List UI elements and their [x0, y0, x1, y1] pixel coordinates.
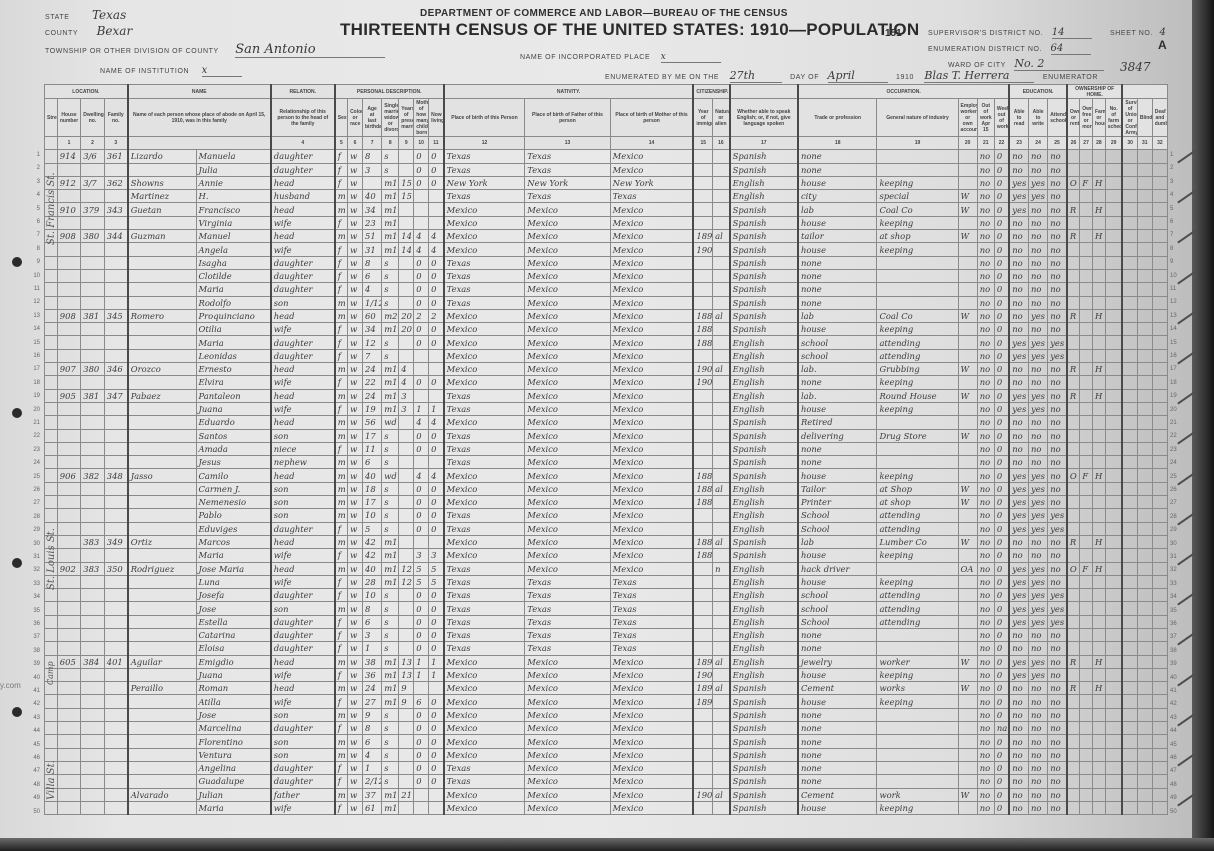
cell-trade: Tailor [798, 482, 877, 495]
row-number: 2 [26, 165, 40, 171]
cell-b [1137, 469, 1152, 482]
cell-sex: m [335, 230, 348, 243]
cell-street [45, 722, 58, 735]
cell-sex: f [335, 775, 348, 788]
col-owned-rented: Owned or rented [1067, 99, 1080, 137]
cell-rel: son [271, 708, 335, 721]
cell-street [45, 323, 58, 336]
cell-given: Clotilde [196, 269, 271, 282]
colnum: 28 [1092, 137, 1105, 150]
cell-mbp: Mexico [610, 682, 693, 695]
page-number: 151 [885, 28, 902, 39]
county-value: Bexar [97, 24, 133, 38]
table-row: 907380346OrozcoErnestoheadmw24m14MexicoM… [45, 363, 1168, 376]
cell-dwelling: 380 [81, 363, 104, 376]
cell-ms: m1 [382, 230, 399, 243]
cell-fs [1105, 562, 1122, 575]
cell-rel: wife [271, 549, 335, 562]
cell-rel: daughter [271, 522, 335, 535]
cell-sex: f [335, 722, 348, 735]
cell-house [57, 722, 80, 735]
cell-d [1152, 429, 1167, 442]
cell-b [1137, 535, 1152, 548]
cell-rel: daughter [271, 349, 335, 362]
cell-v [1122, 788, 1137, 801]
cell-street [45, 256, 58, 269]
cell-fs [1105, 190, 1122, 203]
cell-nat [713, 642, 730, 655]
cell-d [1152, 376, 1167, 389]
cell-b [1137, 549, 1152, 562]
cell-sex: m [335, 535, 348, 548]
cell-d [1152, 456, 1167, 469]
cell-own: R [1067, 230, 1080, 243]
cell-wk: 0 [994, 296, 1009, 309]
cell-bp: Texas [444, 429, 525, 442]
cell-imm [693, 615, 712, 628]
cell-nat [713, 735, 730, 748]
cell-emp [958, 163, 977, 176]
cell-own [1067, 695, 1080, 708]
cell-dwelling [81, 323, 104, 336]
cell-family [104, 589, 127, 602]
cell-race: w [348, 323, 363, 336]
cell-emp: W [958, 535, 977, 548]
cell-cl: 0 [429, 429, 444, 442]
cell-sex: m [335, 429, 348, 442]
cell-cl: 0 [429, 496, 444, 509]
cell-own [1067, 615, 1080, 628]
row-number-right: 34 [1170, 594, 1177, 600]
cell-bp: Texas [444, 283, 525, 296]
cell-dwelling [81, 668, 104, 681]
cell-lang: Spanish [730, 748, 798, 761]
cell-fs [1105, 775, 1122, 788]
col-industry: General nature of industry [877, 99, 958, 137]
cell-family: 349 [104, 535, 127, 548]
cell-surname [128, 589, 196, 602]
cell-surname: Guetan [128, 203, 196, 216]
cell-rel: head [271, 176, 335, 189]
cell-house: 905 [57, 389, 80, 402]
cell-trade: hack driver [798, 562, 877, 575]
cell-fbp: Mexico [525, 309, 610, 322]
cell-imm [693, 589, 712, 602]
cell-dwelling [81, 775, 104, 788]
cell-sc: no [1048, 708, 1067, 721]
cell-imm [693, 150, 712, 163]
cell-own [1067, 283, 1080, 296]
cell-dwelling [81, 456, 104, 469]
cell-street [45, 349, 58, 362]
cell-wk: 0 [994, 575, 1009, 588]
cell-emp [958, 589, 977, 602]
col-children-born: Mother of how many children: born [414, 99, 429, 137]
cell-sex: f [335, 761, 348, 774]
cell-cl [429, 801, 444, 814]
cell-ms: m1 [382, 376, 399, 389]
cell-dwelling [81, 522, 104, 535]
cell-street [45, 150, 58, 163]
cell-own: R [1067, 389, 1080, 402]
cell-mbp: Mexico [610, 655, 693, 668]
cell-fbp: Mexico [525, 243, 610, 256]
cell-house: 914 [57, 150, 80, 163]
cell-rd: yes [1009, 655, 1028, 668]
cell-trade: school [798, 589, 877, 602]
cell-race: w [348, 668, 363, 681]
sheet-letter: A [1158, 38, 1167, 52]
enumerated-day: 27th [730, 69, 782, 83]
cell-wk: 0 [994, 363, 1009, 376]
cell-rd: no [1009, 429, 1028, 442]
row-number: 12 [26, 299, 40, 305]
cell-fbp: Texas [525, 163, 610, 176]
cell-nat: al [713, 655, 730, 668]
cell-ms: m1 [382, 788, 399, 801]
cell-mbp: Mexico [610, 549, 693, 562]
cell-dwelling [81, 429, 104, 442]
cell-fm [1080, 416, 1093, 429]
cell-v [1122, 429, 1137, 442]
cell-surname [128, 642, 196, 655]
cell-imm [693, 602, 712, 615]
cell-imm [693, 203, 712, 216]
group-occupation: OCCUPATION. [798, 85, 1009, 99]
cell-family [104, 416, 127, 429]
cell-rd: yes [1009, 522, 1028, 535]
col-language: Whether able to speak English; or, if no… [730, 99, 798, 137]
row-number: 39 [26, 661, 40, 667]
cell-cl: 0 [429, 748, 444, 761]
cell-ch [414, 801, 429, 814]
cell-ym [399, 296, 414, 309]
cell-emp: W [958, 788, 977, 801]
cell-ind: Lumber Co [877, 535, 958, 548]
cell-surname [128, 509, 196, 522]
row-number-right: 39 [1170, 661, 1177, 667]
cell-own [1067, 496, 1080, 509]
cell-v [1122, 389, 1137, 402]
cell-cl: 0 [429, 642, 444, 655]
cell-ind [877, 708, 958, 721]
cell-surname [128, 722, 196, 735]
cell-emp [958, 402, 977, 415]
cell-nat [713, 602, 730, 615]
cell-imm [693, 748, 712, 761]
cell-ms: s [382, 296, 399, 309]
cell-race: w [348, 469, 363, 482]
cell-v [1122, 496, 1137, 509]
cell-given: Ernesto [196, 363, 271, 376]
cell-fh: H [1092, 203, 1105, 216]
cell-own: O [1067, 176, 1080, 189]
cell-house [57, 456, 80, 469]
cell-given: Maria [196, 549, 271, 562]
sheet-label: SHEET NO. [1110, 30, 1153, 37]
cell-nat [713, 243, 730, 256]
cell-emp [958, 323, 977, 336]
cell-d [1152, 256, 1167, 269]
cell-nat [713, 522, 730, 535]
cell-trade: tailor [798, 230, 877, 243]
cell-fs [1105, 761, 1122, 774]
cell-imm [693, 389, 712, 402]
cell-d [1152, 349, 1167, 362]
cell-wk: 0 [994, 429, 1009, 442]
cell-fbp: Mexico [525, 349, 610, 362]
cell-ow: no [977, 363, 994, 376]
street-note: Villa St. [46, 760, 57, 800]
row-number-right: 8 [1170, 246, 1173, 252]
cell-emp [958, 283, 977, 296]
cell-house [57, 642, 80, 655]
cell-house [57, 602, 80, 615]
cell-dwelling [81, 549, 104, 562]
cell-mbp: Mexico [610, 416, 693, 429]
cell-sex: f [335, 668, 348, 681]
cell-wr: no [1028, 722, 1047, 735]
cell-age: 60 [363, 309, 382, 322]
cell-ch [414, 535, 429, 548]
cell-imm [693, 429, 712, 442]
cell-surname [128, 216, 196, 229]
cell-mbp: Mexico [610, 509, 693, 522]
cell-age: 17 [363, 496, 382, 509]
cell-lang: Spanish [730, 442, 798, 455]
colnum: 20 [958, 137, 977, 150]
cell-ind [877, 416, 958, 429]
cell-bp: Mexico [444, 376, 525, 389]
cell-imm: 1890 [693, 655, 712, 668]
cell-family [104, 628, 127, 641]
cell-own: R [1067, 682, 1080, 695]
cell-age [363, 176, 382, 189]
cell-sc: no [1048, 296, 1067, 309]
row-number: 38 [26, 648, 40, 654]
cell-cl: 4 [429, 243, 444, 256]
cell-imm [693, 216, 712, 229]
cell-wr: no [1028, 323, 1047, 336]
cell-house [57, 496, 80, 509]
cell-ow: no [977, 775, 994, 788]
cell-fh [1092, 628, 1105, 641]
cell-cl: 0 [429, 695, 444, 708]
cell-rel: wife [271, 323, 335, 336]
row-number-right: 30 [1170, 541, 1177, 547]
cell-wr: no [1028, 535, 1047, 548]
cell-fm [1080, 628, 1093, 641]
cell-ow: no [977, 655, 994, 668]
cell-bp: Texas [444, 402, 525, 415]
cell-ind: keeping [877, 695, 958, 708]
cell-fm [1080, 735, 1093, 748]
cell-wr: no [1028, 150, 1047, 163]
cell-rel: son [271, 496, 335, 509]
cell-b [1137, 722, 1152, 735]
cell-wr: no [1028, 628, 1047, 641]
cell-ind [877, 442, 958, 455]
cell-house [57, 788, 80, 801]
cell-trade: lab. [798, 363, 877, 376]
cell-rel: head [271, 230, 335, 243]
supervisor-label: SUPERVISOR'S DISTRICT NO. [928, 30, 1043, 37]
colnum: 5 [335, 137, 348, 150]
row-number: 32 [26, 567, 40, 573]
cell-race: w [348, 628, 363, 641]
cell-ch: 0 [414, 482, 429, 495]
cell-ym [399, 482, 414, 495]
cell-sc: no [1048, 535, 1067, 548]
cell-fbp: Mexico [525, 416, 610, 429]
cell-v [1122, 522, 1137, 535]
cell-wr: no [1028, 256, 1047, 269]
cell-surname [128, 296, 196, 309]
cell-lang: English [730, 602, 798, 615]
cell-fm [1080, 363, 1093, 376]
cell-own [1067, 522, 1080, 535]
cell-v [1122, 243, 1137, 256]
cell-wk: 0 [994, 416, 1009, 429]
cell-dwelling: 380 [81, 230, 104, 243]
row-number: 20 [26, 407, 40, 413]
cell-fm [1080, 336, 1093, 349]
table-row: Mariadaughterfw4s00TexasMexicoMexicoSpan… [45, 283, 1168, 296]
colnum: 21 [977, 137, 994, 150]
cell-fs [1105, 469, 1122, 482]
cell-bp: Mexico [444, 416, 525, 429]
cell-ow: no [977, 722, 994, 735]
cell-emp [958, 269, 977, 282]
cell-b [1137, 562, 1152, 575]
cell-age: 23 [363, 216, 382, 229]
cell-house [57, 376, 80, 389]
cell-ym [399, 628, 414, 641]
cell-sc: no [1048, 549, 1067, 562]
cell-cl: 4 [429, 416, 444, 429]
cell-fbp: Mexico [525, 283, 610, 296]
cell-fs [1105, 456, 1122, 469]
cell-own: R [1067, 309, 1080, 322]
cell-rd: no [1009, 323, 1028, 336]
cell-ym [399, 535, 414, 548]
cell-race: w [348, 376, 363, 389]
cell-v [1122, 402, 1137, 415]
census-rows: 9143/6361LizardoManueladaughterfw8s00Tex… [45, 150, 1168, 815]
cell-fbp: Mexico [525, 748, 610, 761]
col-school: Attended school [1048, 99, 1067, 137]
cell-wk: 0 [994, 216, 1009, 229]
cell-fbp: Mexico [525, 402, 610, 415]
cell-ch: 4 [414, 416, 429, 429]
colnum: 8 [382, 137, 399, 150]
cell-sex: m [335, 788, 348, 801]
cell-wr: no [1028, 682, 1047, 695]
group-ownership: OWNERSHIP OF HOME. [1067, 85, 1123, 99]
cell-sc: no [1048, 429, 1067, 442]
cell-rd: no [1009, 801, 1028, 814]
cell-cl [429, 788, 444, 801]
cell-bp: New York [444, 176, 525, 189]
cell-ow: no [977, 243, 994, 256]
cell-imm: 1884 [693, 469, 712, 482]
cell-wk: 0 [994, 256, 1009, 269]
cell-ms: s [382, 442, 399, 455]
cell-rel: son [271, 482, 335, 495]
cell-b [1137, 283, 1152, 296]
cell-ym [399, 748, 414, 761]
cell-ch: 0 [414, 176, 429, 189]
cell-ch: 0 [414, 163, 429, 176]
cell-fs [1105, 788, 1122, 801]
row-number-right: 10 [1170, 273, 1177, 279]
table-row: Pablosonmw10s00TexasMexicoMexicoEnglishS… [45, 509, 1168, 522]
cell-family: 343 [104, 203, 127, 216]
cell-ym: 13 [399, 655, 414, 668]
cell-rel: wife [271, 575, 335, 588]
cell-fs [1105, 163, 1122, 176]
cell-sex: f [335, 642, 348, 655]
cell-fm [1080, 575, 1093, 588]
cell-sc: no [1048, 722, 1067, 735]
cell-rd: yes [1009, 389, 1028, 402]
cell-mbp: Mexico [610, 216, 693, 229]
cell-wr: yes [1028, 496, 1047, 509]
cell-own [1067, 482, 1080, 495]
cell-age: 34 [363, 323, 382, 336]
cell-fbp: Mexico [525, 682, 610, 695]
col-farm-schedule: No. of farm schedule [1105, 99, 1122, 137]
cell-fbp: Mexico [525, 363, 610, 376]
cell-ch: 6 [414, 695, 429, 708]
cell-d [1152, 309, 1167, 322]
cell-wr: no [1028, 376, 1047, 389]
cell-d [1152, 243, 1167, 256]
cell-house [57, 761, 80, 774]
cell-age: 8 [363, 150, 382, 163]
cell-rd: no [1009, 416, 1028, 429]
row-number: 31 [26, 554, 40, 560]
colnum: 18 [798, 137, 877, 150]
cell-fh [1092, 775, 1105, 788]
cell-nat [713, 549, 730, 562]
cell-d [1152, 216, 1167, 229]
cell-v [1122, 269, 1137, 282]
cell-fbp: Mexico [525, 496, 610, 509]
scan-edge-right [1192, 0, 1214, 851]
cell-ow: no [977, 615, 994, 628]
cell-wr: yes [1028, 575, 1047, 588]
cell-fm [1080, 775, 1093, 788]
cell-imm [693, 163, 712, 176]
cell-ms: m1 [382, 176, 399, 189]
cell-race: w [348, 575, 363, 588]
cell-nat [713, 150, 730, 163]
cell-race: w [348, 496, 363, 509]
table-row: Leonidasdaughterfw7sMexicoMexicoMexicoEn… [45, 349, 1168, 362]
cell-wk: 0 [994, 269, 1009, 282]
cell-rd: yes [1009, 575, 1028, 588]
cell-trade: Cement [798, 682, 877, 695]
cell-trade: house [798, 695, 877, 708]
cell-b [1137, 256, 1152, 269]
cell-ind: Coal Co [877, 203, 958, 216]
col-family: Family no. [104, 99, 127, 137]
group-nativity: NATIVITY. [444, 85, 694, 99]
cell-fh [1092, 429, 1105, 442]
enumerated-month: April [828, 69, 888, 83]
cell-family [104, 402, 127, 415]
